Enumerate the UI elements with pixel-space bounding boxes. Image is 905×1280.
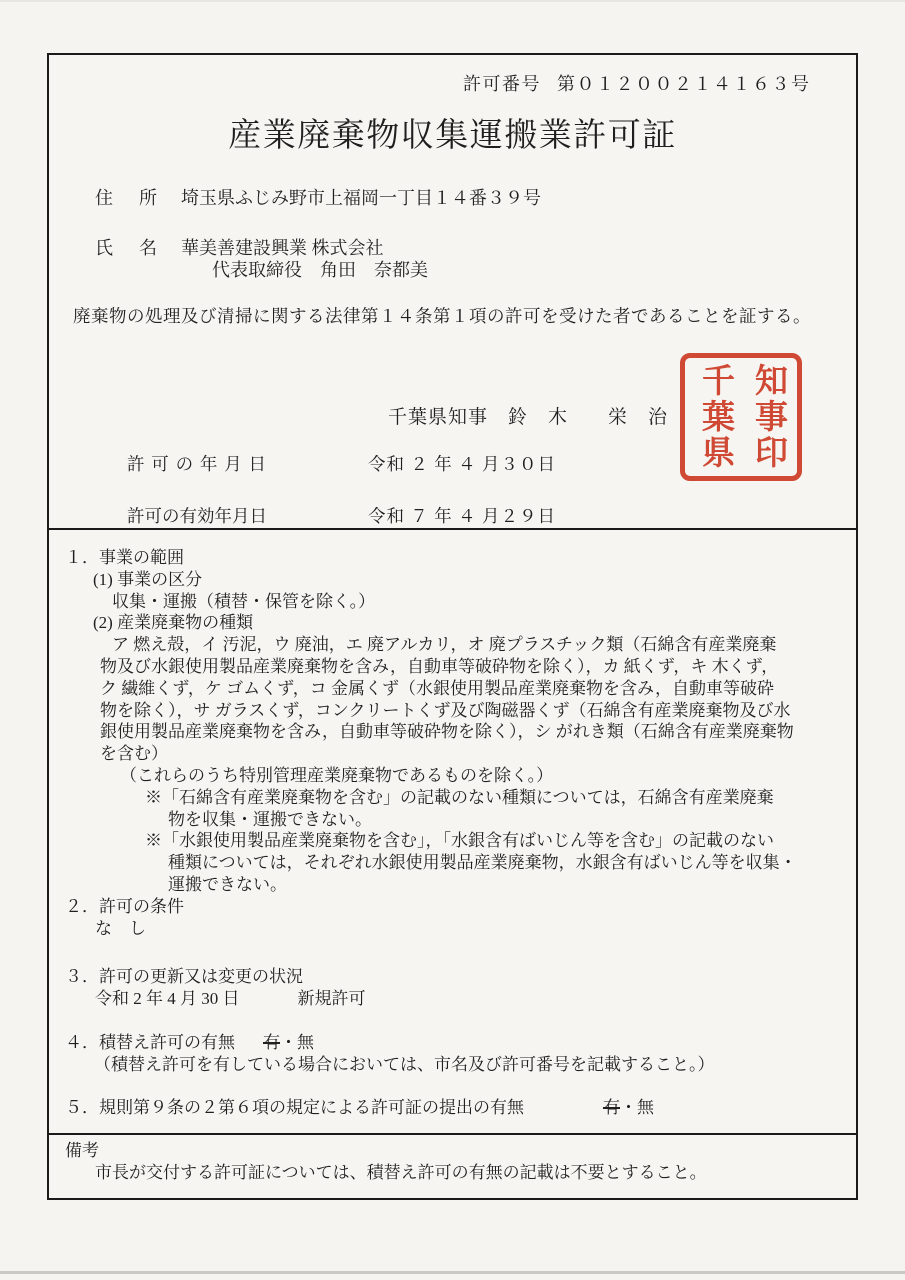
address-row: 住 所埼玉県ふじみ野市上福岡一丁目１４番３９号 (95, 184, 541, 210)
mercury-note-line: ※「水銀使用製品産業廃棄物を含む」，「水銀含有ばいじん等を含む」の記載のない (49, 830, 856, 852)
transfer-permit-row: ４．積替え許可の有無 有・無 (49, 1032, 856, 1054)
scanned-permit-page: 許可番号第０１２００２１４１６３号 産業廃棄物収集運搬業許可証 住 所埼玉県ふじ… (0, 0, 905, 1280)
remarks-box: 備考 市長が交付する許可証については、積替え許可の有無の記載は不要とすること。 (49, 1133, 856, 1198)
waste-types-line: 銀使用製品産業廃棄物を含み，自動車等破砕物を除く），シ がれき類（石綿含有産業廃… (49, 721, 856, 743)
transfer-permit-value: 有・無 (263, 1032, 314, 1054)
section-divider-line (49, 528, 856, 530)
scan-artifact-line (0, 1271, 905, 1274)
transfer-permit-note: （積替え許可を有している場合においては、市名及び許可番号を記載すること。） (49, 1054, 856, 1076)
scope-sub1-body: 収集・運搬（積替・保管を除く。） (49, 591, 856, 613)
valid-date-row: 許可の有効年月日 令和 ７ 年 ４ 月２９日 (49, 503, 856, 527)
waste-types-line: ア 燃え殻，イ 汚泥，ウ 廃油，エ 廃アルカリ，オ 廃プラスチック類（石綿含有産… (49, 634, 856, 656)
scope-heading: １．事業の範囲 (49, 547, 856, 569)
address-label: 住 所 (95, 188, 161, 208)
mercury-note-line: 種類については，それぞれ水銀使用製品産業廃棄物，水銀含有ばいじん等を収集・ (49, 852, 856, 874)
issuer-governor-line: 千葉県知事 鈴 木 栄 治 (388, 402, 668, 429)
asbestos-note-line: ※「石綿含有産業廃棄物を含む」の記載のない種類については，石綿含有産業廃棄 (49, 787, 856, 809)
document-title: 産業廃棄物収集運搬業許可証 (49, 109, 856, 156)
renewal-heading: ３．許可の更新又は変更の状況 (49, 966, 856, 988)
waste-types-line: を含む） (49, 743, 856, 765)
renewal-date: 令和 2 年 4 月 30 日 (95, 989, 240, 1008)
submission-row: ５．規則第９条の２第６項の規定による許可証の提出の有無 有・無 (49, 1097, 856, 1119)
permit-date-row: 許可の年月日 令和 ２ 年 ４ 月３０日 (49, 451, 856, 475)
waste-types-line: 物及び水銀使用製品産業廃棄物を含み，自動車等破砕物を除く），カ 紙くず，キ 木く… (49, 656, 856, 678)
spacer (49, 1010, 856, 1032)
certificate-border-box: 許可番号第０１２００２１４１６３号 産業廃棄物収集運搬業許可証 住 所埼玉県ふじ… (47, 53, 858, 1200)
submission-heading: ５．規則第９条の２第６項の規定による許可証の提出の有無 (65, 1098, 524, 1117)
company-name: 華美善建設興業 株式会社 (181, 238, 384, 258)
asbestos-note-line: 物を収集・運搬できない。 (49, 809, 856, 831)
submission-value-separator: ・ (620, 1098, 637, 1117)
transfer-value-ari-struck: 有 (263, 1033, 280, 1052)
renewal-entry: 令和 2 年 4 月 30 日新規許可 (49, 988, 856, 1010)
permit-number-line: 許可番号第０１２００２１４１６３号 (463, 70, 811, 96)
remarks-text: 市長が交付する許可証については、積替え許可の有無の記載は不要とすること。 (49, 1162, 856, 1184)
exclusion-note: （これらのうち特別管理産業廃棄物であるものを除く。） (49, 765, 856, 787)
name-label: 氏 名 (95, 238, 161, 258)
business-scope-section: １．事業の範囲 (1) 事業の区分 収集・運搬（積替・保管を除く。） (2) 産… (49, 547, 856, 1118)
transfer-permit-heading: ４．積替え許可の有無 (65, 1033, 235, 1052)
renewal-status: 新規許可 (298, 989, 366, 1008)
waste-types-line: 物を除く），サ ガラスくず，コンクリートくず及び陶磁器くず（石綿含有産業廃棄物及… (49, 700, 856, 722)
conditions-value: な し (49, 918, 856, 940)
mercury-note-line: 運搬できない。 (49, 874, 856, 896)
permit-date-value: 令和 ２ 年 ４ 月３０日 (368, 451, 556, 476)
submission-value-nashi: 無 (637, 1098, 654, 1117)
scan-edge-top (0, 0, 905, 2)
valid-date-label: 許可の有効年月日 (127, 503, 267, 528)
scope-sub2-heading: (2) 産業廃棄物の種類 (49, 612, 856, 634)
transfer-value-nashi: 無 (297, 1033, 314, 1052)
spacer (49, 939, 856, 966)
spacer (49, 1076, 856, 1097)
permit-number-value: 第０１２００２１４１６３号 (557, 74, 811, 94)
valid-date-value: 令和 ７ 年 ４ 月２９日 (368, 503, 556, 528)
conditions-heading: ２．許可の条件 (49, 896, 856, 918)
transfer-value-separator: ・ (280, 1033, 297, 1052)
permit-number-label: 許可番号 (463, 74, 541, 94)
certification-statement: 廃棄物の処理及び清掃に関する法律第１４条第１項の許可を受けた者であることを証する… (73, 303, 811, 328)
representative-line: 代表取締役 角田 奈都美 (212, 256, 428, 282)
remarks-label: 備考 (49, 1135, 856, 1162)
submission-value: 有・無 (603, 1097, 654, 1119)
submission-value-ari-struck: 有 (603, 1098, 620, 1117)
address-value: 埼玉県ふじみ野市上福岡一丁目１４番３９号 (181, 188, 541, 208)
waste-types-line: ク 繊維くず，ケ ゴムくず，コ 金属くず（水銀使用製品産業廃棄物を含み，自動車等… (49, 678, 856, 700)
permit-date-label: 許可の年月日 (127, 451, 273, 476)
scope-sub1-heading: (1) 事業の区分 (49, 569, 856, 591)
